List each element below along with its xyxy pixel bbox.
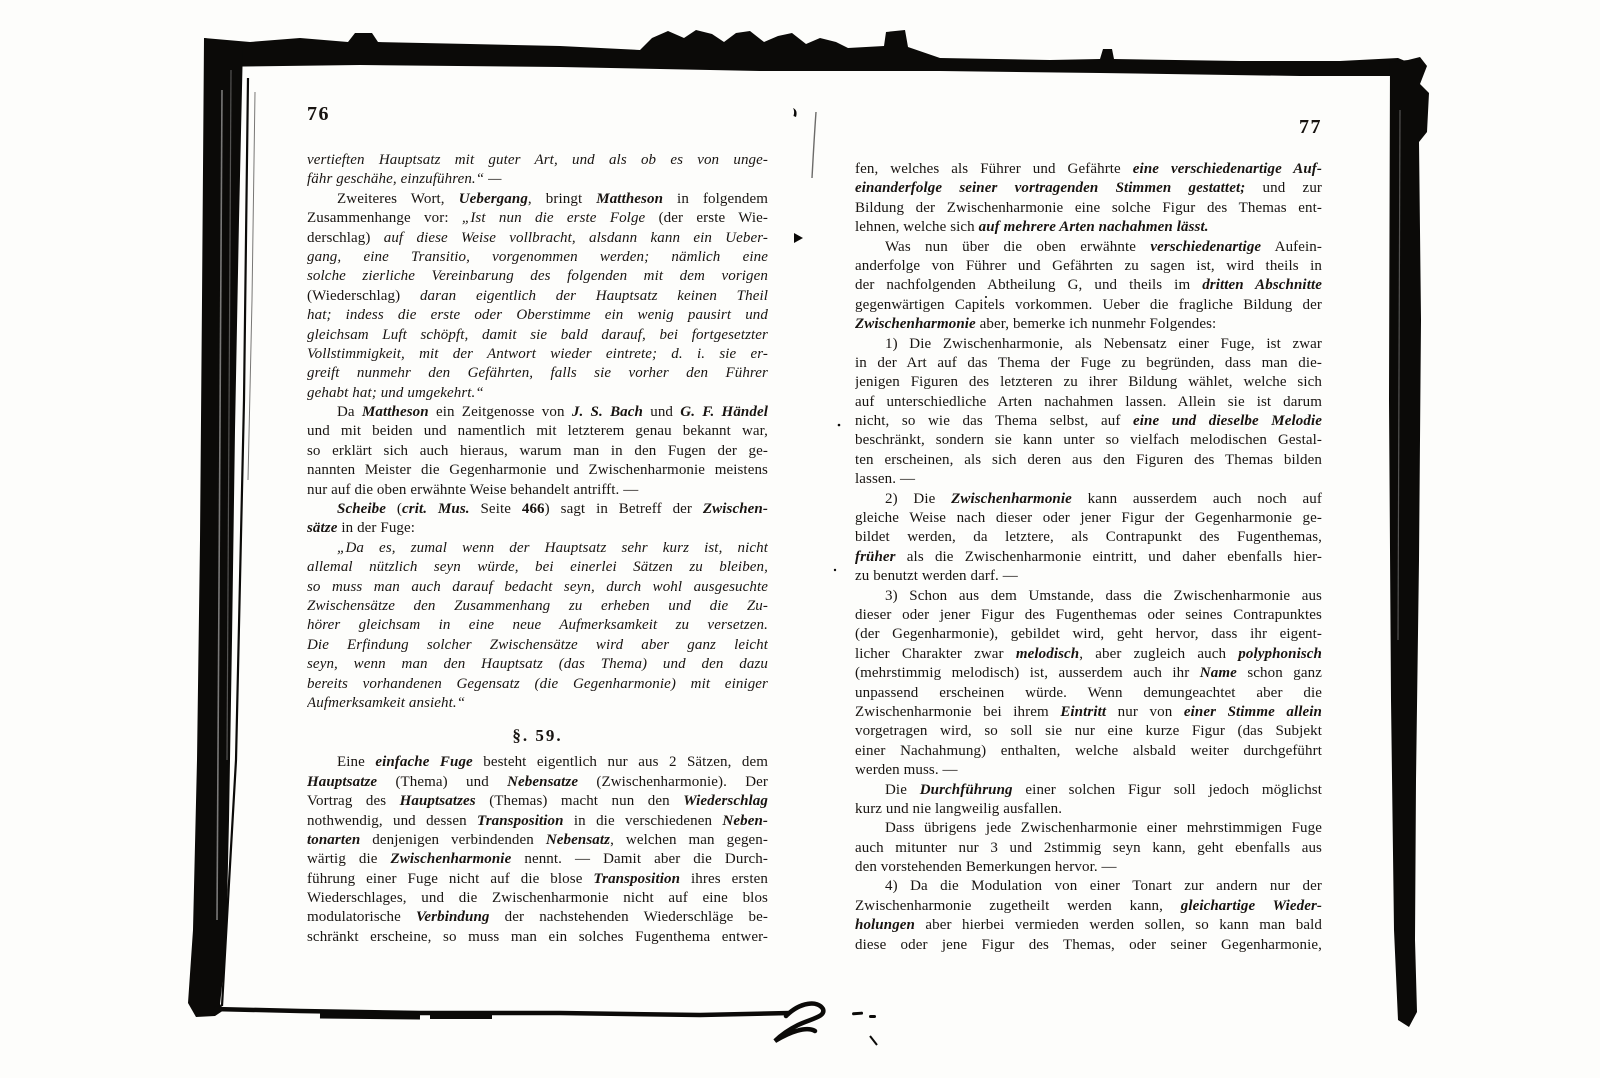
text-line: Zwischenharmonie aber, bemerke ich nunme…	[855, 315, 1322, 334]
text-line: (Wiederschlag) daran eigentlich der Haup…	[307, 287, 768, 306]
text-line: gegenwärtigen Capitels vorkommen. Ueber …	[855, 296, 1322, 315]
text-segment: Uebergang	[459, 191, 528, 207]
text-line: sätze in der Fuge:	[307, 519, 768, 538]
text-line: zu benutzt werden darf. —	[855, 567, 1322, 586]
text-segment: Eine	[337, 754, 375, 770]
text-line: 4) Da die Modulation von einer Tonart zu…	[855, 877, 1322, 896]
text-line: früher als die Zwischenharmonie eintritt…	[855, 548, 1322, 567]
text-line: „Da es, zumal wenn der Hauptsatz sehr ku…	[307, 539, 768, 558]
text-line: diese oder jene Figur des Themas, oder s…	[855, 936, 1322, 955]
text-line: einer Nachahmung) enthalten, welche alsb…	[855, 742, 1322, 761]
text-segment: (Thema) und	[377, 774, 507, 790]
text-segment: aber, bemerke ich nunmehr Folgendes:	[976, 316, 1217, 332]
text-segment: Transposition	[593, 871, 680, 887]
text-segment: Zwischenharmonie zugetheilt werden kann,	[855, 898, 1181, 914]
text-segment: schränkt erscheine, so muss man ein solc…	[307, 929, 768, 945]
text-segment: dritten Abschnitte	[1202, 277, 1322, 293]
text-line: Die Durchführung einer solchen Figur sol…	[855, 781, 1322, 800]
text-segment: gleichartige Wieder-	[1181, 898, 1322, 914]
text-segment: gleichsam Luft schöpft, damit sie bald d…	[307, 327, 768, 343]
text-line: Die Erfindung solcher Zwischensätze wird…	[307, 636, 768, 655]
text-line: in der Art auf das Thema der Fuge zu beg…	[855, 354, 1322, 373]
text-segment: Mattheson	[596, 191, 663, 207]
text-line: wärtig die Zwischenharmonie nennt. — Dam…	[307, 850, 768, 869]
text-segment: ) sagt in Betreff der	[545, 501, 703, 517]
text-line: gleiche Weise nach dieser oder jener Fig…	[855, 509, 1322, 528]
text-line: lehnen, welche sich auf mehrere Arten na…	[855, 218, 1322, 237]
text-segment: eine und dieselbe Melodie	[1133, 413, 1322, 429]
text-line: anderfolge von Führer und Gefährten zu s…	[855, 257, 1322, 276]
scan-curl-mark	[775, 1004, 823, 1041]
text-line: fen, welches als Führer und Gefährte ein…	[855, 160, 1322, 179]
text-segment: „Ist nun die erste Folge	[462, 210, 645, 226]
text-segment: hörer gleichsam in eine neue Aufmerksamk…	[307, 617, 768, 633]
text-segment: Was nun über die oben erwähnte	[885, 239, 1150, 255]
text-segment: melodisch	[1016, 646, 1079, 662]
text-segment: einer solchen Figur soll jedoch möglichs…	[1013, 782, 1322, 798]
text-segment: Zwischenharmonie bei ihrem	[855, 704, 1060, 720]
text-segment: diese oder jene Figur des Themas, oder s…	[855, 937, 1322, 953]
text-segment: seyn, wenn man den Hauptsatz (das Thema)…	[307, 656, 768, 672]
text-line: seyn, wenn man den Hauptsatz (das Thema)…	[307, 655, 768, 674]
text-segment: , welchen man gegen-	[610, 832, 768, 848]
text-segment: als die Zwischenharmonie eintritt, und d…	[896, 549, 1322, 565]
text-line: vorgetragen wird, so soll sie nur eine k…	[855, 722, 1322, 741]
text-segment: nur von	[1106, 704, 1184, 720]
scan-scratch-mark	[812, 112, 816, 178]
text-segment: polyphonisch	[1238, 646, 1322, 662]
text-segment: so erklärt sich auch hieraus, warum man …	[307, 443, 768, 459]
text-segment: in der Art auf das Thema der Fuge zu beg…	[855, 355, 1322, 371]
text-line: dieser oder jener Figur des Fugenthemas …	[855, 606, 1322, 625]
text-line: auch mitunter nur 3 und 2stimmig seyn ka…	[855, 839, 1322, 858]
scan-speck-comma	[793, 108, 797, 117]
text-segment: dieser oder jener Figur des Fugenthemas …	[855, 607, 1322, 623]
text-line: Was nun über die oben erwähnte verschied…	[855, 238, 1322, 257]
scan-speck-dot-2	[834, 569, 836, 571]
text-segment: J. S. Bach	[572, 404, 643, 420]
text-segment: verschiedenartige	[1150, 239, 1261, 255]
text-segment: nannten Meister die Gegenharmonie und Zw…	[307, 462, 768, 478]
text-line: (mehrstimmig melodisch) ist, ausserdem a…	[855, 664, 1322, 683]
text-segment: nur auf die oben erwähnte Weise behandel…	[307, 482, 638, 498]
text-segment: sätze	[307, 520, 338, 536]
text-line: Wiederschlages, und die Zwischenharmonie…	[307, 889, 768, 908]
text-line: licher Charakter zwar melodisch, aber zu…	[855, 645, 1322, 664]
text-segment: allemal nützlich seyn würde, bei einerle…	[307, 559, 768, 575]
text-segment: crit. Mus.	[402, 501, 470, 517]
text-segment: und mit beiden und namentlich mit letzte…	[307, 423, 768, 439]
text-line: der nachfolgenden Abtheilung G, und thei…	[855, 276, 1322, 295]
scan-artifacts	[0, 0, 1600, 1078]
text-segment: fähr geschähe, einzuführen.“ —	[307, 171, 502, 187]
text-segment: licher Charakter zwar	[855, 646, 1016, 662]
text-segment: modulatorische	[307, 909, 416, 925]
text-segment: einfache Fuge	[375, 754, 472, 770]
text-segment: einer Stimme allein	[1184, 704, 1322, 720]
text-segment: zu benutzt werden darf. —	[855, 568, 1018, 584]
scan-page-edge-line-2	[248, 92, 255, 480]
text-segment: 4) Da die Modulation von einer Tonart zu…	[885, 878, 1322, 894]
text-segment: nothwendig, und dessen	[307, 813, 477, 829]
text-segment: Zwischenharmonie	[391, 851, 512, 867]
text-segment: jenigen Figuren des letzteren zu ihrer B…	[855, 374, 1322, 390]
scan-border-bottom	[214, 1009, 790, 1015]
right-page-text: fen, welches als Führer und Gefährte ein…	[855, 160, 1322, 955]
text-line: auf unterschiedliche Arten nachahmen las…	[855, 393, 1322, 412]
text-line: gehabt hat; und umgekehrt.“	[307, 384, 768, 403]
text-segment: 1) Die Zwischenharmonie, als Nebensatz e…	[885, 336, 1322, 352]
text-line: beschränkt, sondern sie kann unter so vi…	[855, 431, 1322, 450]
text-line: solche zierliche Vereinbarung des folgen…	[307, 267, 768, 286]
text-segment: Neben-	[722, 813, 768, 829]
text-line: allemal nützlich seyn würde, bei einerle…	[307, 558, 768, 577]
text-segment: aber hierbei vermieden werden sollen, so…	[915, 917, 1322, 933]
text-segment: vorgetragen wird, so soll sie nur eine k…	[855, 723, 1322, 739]
text-line: Zwischensätze den Zusammenhang zu erhebe…	[307, 597, 768, 616]
text-segment: (der Gegenharmonie), gebildet wird, geht…	[855, 626, 1322, 642]
text-segment: fen, welches als Führer und Gefährte	[855, 161, 1133, 177]
text-segment: lassen. —	[855, 471, 915, 487]
text-line: Zwischenharmonie zugetheilt werden kann,…	[855, 897, 1322, 916]
text-segment: derschlag)	[307, 230, 384, 246]
text-segment: Durchführung	[920, 782, 1013, 798]
text-line: (der Gegenharmonie), gebildet wird, geht…	[855, 625, 1322, 644]
text-line: Da Mattheson ein Zeitgenosse von J. S. B…	[307, 403, 768, 422]
text-line: so erklärt sich auch hieraus, warum man …	[307, 442, 768, 461]
scan-border-left	[188, 38, 243, 1017]
text-segment: wärtig die	[307, 851, 391, 867]
text-segment: kurz und nie langweilig ausfallen.	[855, 801, 1062, 817]
text-line: Vortrag des Hauptsatzes (Themas) macht n…	[307, 792, 768, 811]
text-segment: Wiederschlages, und die Zwischenharmonie…	[307, 890, 768, 906]
text-segment: nicht, so wie das Thema selbst, auf	[855, 413, 1133, 429]
text-line: 2) Die Zwischenharmonie kann ausserdem a…	[855, 490, 1322, 509]
text-line: 1) Die Zwischenharmonie, als Nebensatz e…	[855, 335, 1322, 354]
text-segment: gehabt hat; und umgekehrt.“	[307, 385, 484, 401]
text-segment: anderfolge von Führer und Gefährten zu s…	[855, 258, 1322, 274]
text-line: holungen aber hierbei vermieden werden s…	[855, 916, 1322, 935]
text-segment: Zwischenharmonie	[951, 491, 1072, 507]
text-segment: besteht eigentlich nur aus 2 Sätzen, dem	[473, 754, 768, 770]
text-segment: (Themas) macht nun den	[476, 793, 683, 809]
scan-dash-mark-1	[852, 1012, 863, 1016]
text-segment: Hauptsatze	[307, 774, 377, 790]
left-page-text: vertieften Hauptsatz mit guter Art, und …	[307, 151, 768, 947]
text-line: ten erscheinen, als sich deren aus den F…	[855, 451, 1322, 470]
text-segment: kann ausserdem auch noch auf	[1072, 491, 1322, 507]
text-segment: 3) Schon aus dem Umstande, dass die Zwis…	[885, 588, 1322, 604]
scan-border-right	[1389, 57, 1429, 1027]
text-segment: nennt. — Damit aber die Durch-	[511, 851, 768, 867]
text-segment: führung einer Fuge nicht auf die blose	[307, 871, 593, 887]
text-segment: Hauptsatzes	[400, 793, 476, 809]
text-line: nannten Meister die Gegenharmonie und Zw…	[307, 461, 768, 480]
text-line: 3) Schon aus dem Umstande, dass die Zwis…	[855, 587, 1322, 606]
text-segment: auch mitunter nur 3 und 2stimmig seyn ka…	[855, 840, 1322, 856]
text-segment: tonarten	[307, 832, 360, 848]
text-segment: Bildung der Zwischenharmonie eine solche…	[855, 200, 1322, 216]
text-segment: und	[643, 404, 680, 420]
text-segment: Transposition	[477, 813, 564, 829]
scan-page-edge-line	[222, 78, 248, 1006]
text-segment: Aufein-	[1261, 239, 1322, 255]
text-line: derschlag) auf diese Weise vollbracht, a…	[307, 229, 768, 248]
scan-streak-1	[217, 90, 222, 920]
left-page-number: 76	[307, 103, 330, 126]
text-line: Bildung der Zwischenharmonie eine solche…	[855, 199, 1322, 218]
text-segment: Verbindung	[416, 909, 490, 925]
text-segment: Seite	[470, 501, 522, 517]
text-line: nur auf die oben erwähnte Weise behandel…	[307, 481, 768, 500]
text-line: Zwischenharmonie bei ihrem Eintritt nur …	[855, 703, 1322, 722]
text-segment: lehnen, welche sich	[855, 219, 979, 235]
text-line: den vorstehenden Bemerkungen hervor. —	[855, 858, 1322, 877]
text-segment: gleiche Weise nach dieser oder jener Fig…	[855, 510, 1322, 526]
scan-tick-mark	[870, 1036, 877, 1045]
section-heading: §. 59.	[307, 726, 768, 746]
right-page-number: 77	[855, 116, 1322, 139]
text-segment: werden muss. —	[855, 762, 958, 778]
text-segment: in der Fuge:	[338, 520, 416, 536]
text-segment: bereits vorhandenen Gegensatz (die Gegen…	[307, 676, 768, 692]
text-segment: beschränkt, sondern sie kann unter so vi…	[855, 432, 1322, 448]
text-segment: hat; indess die erste oder Oberstimme ei…	[307, 307, 768, 323]
text-segment: früher	[855, 549, 896, 565]
text-line: modulatorische Verbindung der nachstehen…	[307, 908, 768, 927]
text-line: werden muss. —	[855, 761, 1322, 780]
text-line: schränkt erscheine, so muss man ein solc…	[307, 928, 768, 947]
text-line: hörer gleichsam in eine neue Aufmerksamk…	[307, 616, 768, 635]
scan-speck-dot-1	[838, 424, 841, 427]
text-segment: daran eigentlich der Hauptsatz keinen Th…	[420, 288, 768, 304]
text-segment: Vollstimmigkeit, mit der Antwort wieder …	[307, 346, 768, 362]
text-segment: vertieften Hauptsatz mit guter Art, und …	[307, 152, 768, 168]
text-segment: der nachfolgenden Abtheilung G, und thei…	[855, 277, 1202, 293]
text-segment: , bringt	[528, 191, 596, 207]
text-segment: Wiederschlag	[683, 793, 768, 809]
text-segment: 466	[522, 501, 545, 517]
text-segment: (mehrstimmig melodisch) ist, ausserdem a…	[855, 665, 1200, 681]
text-segment: Scheibe	[337, 501, 386, 517]
scan-border-top	[204, 30, 1410, 76]
text-segment: ein Zeitgenosse von	[429, 404, 572, 420]
text-line: Hauptsatze (Thema) und Nebensatze (Zwisc…	[307, 773, 768, 792]
text-segment: Mattheson	[362, 404, 429, 420]
text-segment: eine verschiedenartige Auf-	[1133, 161, 1322, 177]
text-segment: Nebensatze	[507, 774, 578, 790]
text-segment: gang, eine Transitio, vorgenommen werden…	[307, 249, 768, 265]
text-segment: Name	[1200, 665, 1237, 681]
text-segment: den vorstehenden Bemerkungen hervor. —	[855, 859, 1117, 875]
text-segment: schon ganz	[1237, 665, 1322, 681]
text-segment: solche zierliche Vereinbarung des folgen…	[307, 268, 768, 284]
text-segment: (Zwischenharmonie). Der	[578, 774, 768, 790]
text-segment: auf diese Weise vollbracht, alsdann kann…	[384, 230, 768, 246]
text-segment: Die Erfindung solcher Zwischensätze wird…	[307, 637, 768, 653]
text-line: führung einer Fuge nicht auf die blose T…	[307, 870, 768, 889]
text-line: unpassend erscheinen würde. Wenn demunge…	[855, 684, 1322, 703]
text-line: greift nunmehr den Gefährten, falls sie …	[307, 364, 768, 383]
text-segment: auf mehrere Arten nachahmen lässt.	[979, 219, 1209, 235]
text-segment: Zwischenharmonie	[855, 316, 976, 332]
text-segment: Zwischensätze den Zusammenhang zu erhebe…	[307, 598, 768, 614]
text-line: gang, eine Transitio, vorgenommen werden…	[307, 248, 768, 267]
text-segment: auf unterschiedliche Arten nachahmen las…	[855, 394, 1322, 410]
text-segment: holungen	[855, 917, 915, 933]
scan-speck-arrow	[794, 233, 803, 243]
text-segment: gegenwärtigen Capitels vorkommen. Ueber …	[855, 297, 1322, 313]
text-segment: G. F. Händel	[680, 404, 768, 420]
text-segment: Nebensatz	[546, 832, 610, 848]
text-segment: unpassend erscheinen würde. Wenn demunge…	[855, 685, 1322, 701]
text-segment: 2) Die	[885, 491, 951, 507]
text-line: Zweiteres Wort, Uebergang, bringt Matthe…	[307, 190, 768, 209]
text-line: nicht, so wie das Thema selbst, auf eine…	[855, 412, 1322, 431]
text-line: gleichsam Luft schöpft, damit sie bald d…	[307, 326, 768, 345]
text-line: Eine einfache Fuge besteht eigentlich nu…	[307, 753, 768, 772]
text-segment: ten erscheinen, als sich deren aus den F…	[855, 452, 1322, 468]
text-line: hat; indess die erste oder Oberstimme ei…	[307, 306, 768, 325]
text-segment: , aber zugleich auch	[1079, 646, 1238, 662]
text-segment: einer Nachahmung) enthalten, welche alsb…	[855, 743, 1322, 759]
text-line: Scheibe (crit. Mus. Seite 466) sagt in B…	[307, 500, 768, 519]
text-line: vertieften Hauptsatz mit guter Art, und …	[307, 151, 768, 170]
text-segment: ihres ersten	[680, 871, 768, 887]
text-segment: in die verschiedenen	[564, 813, 723, 829]
text-segment: denjenigen verbindenden	[360, 832, 546, 848]
scan-dash-mark-2	[869, 1015, 876, 1018]
text-segment: Zwischen-	[703, 501, 768, 517]
text-segment: einanderfolge seiner vortragenden Stimme…	[855, 180, 1245, 196]
text-segment: (Wiederschlag)	[307, 288, 420, 304]
scan-streak-3	[1398, 110, 1400, 640]
text-line: bereits vorhandenen Gegensatz (die Gegen…	[307, 675, 768, 694]
text-segment: Zweiteres Wort,	[337, 191, 459, 207]
text-segment: Eintritt	[1060, 704, 1106, 720]
text-line: jenigen Figuren des letzteren zu ihrer B…	[855, 373, 1322, 392]
text-line: nothwendig, und dessen Transposition in …	[307, 812, 768, 831]
text-segment: Aufmerksamkeit ansieht.“	[307, 695, 465, 711]
text-segment: (	[386, 501, 402, 517]
text-segment: so muss man auch darauf bedacht seyn, du…	[307, 579, 768, 595]
text-line: einanderfolge seiner vortragenden Stimme…	[855, 179, 1322, 198]
text-segment: in folgendem	[663, 191, 768, 207]
text-line: und mit beiden und namentlich mit letzte…	[307, 422, 768, 441]
scan-streak-2	[227, 70, 231, 760]
text-segment: greift nunmehr den Gefährten, falls sie …	[307, 365, 768, 381]
scan-border-bottom-thick-1	[320, 1015, 420, 1016]
text-line: lassen. —	[855, 470, 1322, 489]
text-line: Vollstimmigkeit, mit der Antwort wieder …	[307, 345, 768, 364]
text-segment: Dass übrigens jede Zwischenharmonie eine…	[885, 820, 1322, 836]
text-line: Zusammenhange vor: „Ist nun die erste Fo…	[307, 209, 768, 228]
text-line: tonarten denjenigen verbindenden Nebensa…	[307, 831, 768, 850]
text-line: bildet werden, da letztere, als Contrapu…	[855, 528, 1322, 547]
text-segment: und zur	[1245, 180, 1322, 196]
text-line: kurz und nie langweilig ausfallen.	[855, 800, 1322, 819]
text-segment: (der erste Wie-	[645, 210, 768, 226]
text-segment: Vortrag des	[307, 793, 400, 809]
text-line: fähr geschähe, einzuführen.“ —	[307, 170, 768, 189]
text-segment: Da	[337, 404, 362, 420]
text-segment: der nachstehenden Wiederschläge be-	[490, 909, 768, 925]
text-segment: Zusammenhange vor:	[307, 210, 462, 226]
text-segment: Die	[885, 782, 920, 798]
text-segment: „Da es, zumal wenn der Hauptsatz sehr ku…	[337, 540, 768, 556]
book-scan-spread: 76 77 vertieften Hauptsatz mit guter Art…	[0, 0, 1600, 1078]
text-line: Aufmerksamkeit ansieht.“	[307, 694, 768, 713]
text-segment: bildet werden, da letztere, als Contrapu…	[855, 529, 1322, 545]
text-line: Dass übrigens jede Zwischenharmonie eine…	[855, 819, 1322, 838]
text-line: so muss man auch darauf bedacht seyn, du…	[307, 578, 768, 597]
